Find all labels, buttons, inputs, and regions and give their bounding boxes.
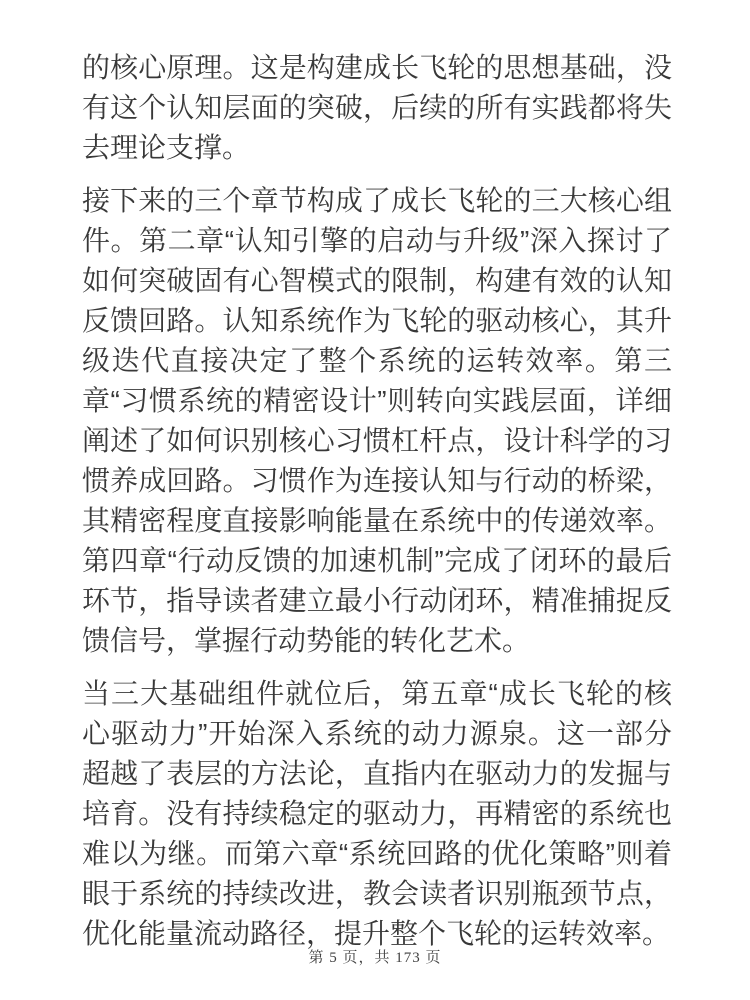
document-body: 的核心原理。这是构建成长飞轮的思想基础，没有这个认知层面的突破，后续的所有实践都… — [82, 48, 672, 954]
body-paragraph-3: 当三大基础组件就位后，第五章“成长飞轮的核心驱动力”开始深入系统的动力源泉。这一… — [82, 674, 672, 954]
document-page: 的核心原理。这是构建成长飞轮的思想基础，没有这个认知层面的突破，后续的所有实践都… — [0, 0, 750, 1000]
page-number-footer: 第 5 页，共 173 页 — [0, 948, 750, 968]
body-paragraph-1: 的核心原理。这是构建成长飞轮的思想基础，没有这个认知层面的突破，后续的所有实践都… — [82, 48, 672, 168]
document-viewport: 的核心原理。这是构建成长飞轮的思想基础，没有这个认知层面的突破，后续的所有实践都… — [0, 0, 750, 1000]
body-paragraph-2: 接下来的三个章节构成了成长飞轮的三大核心组件。第二章“认知引擎的启动与升级”深入… — [82, 181, 672, 661]
